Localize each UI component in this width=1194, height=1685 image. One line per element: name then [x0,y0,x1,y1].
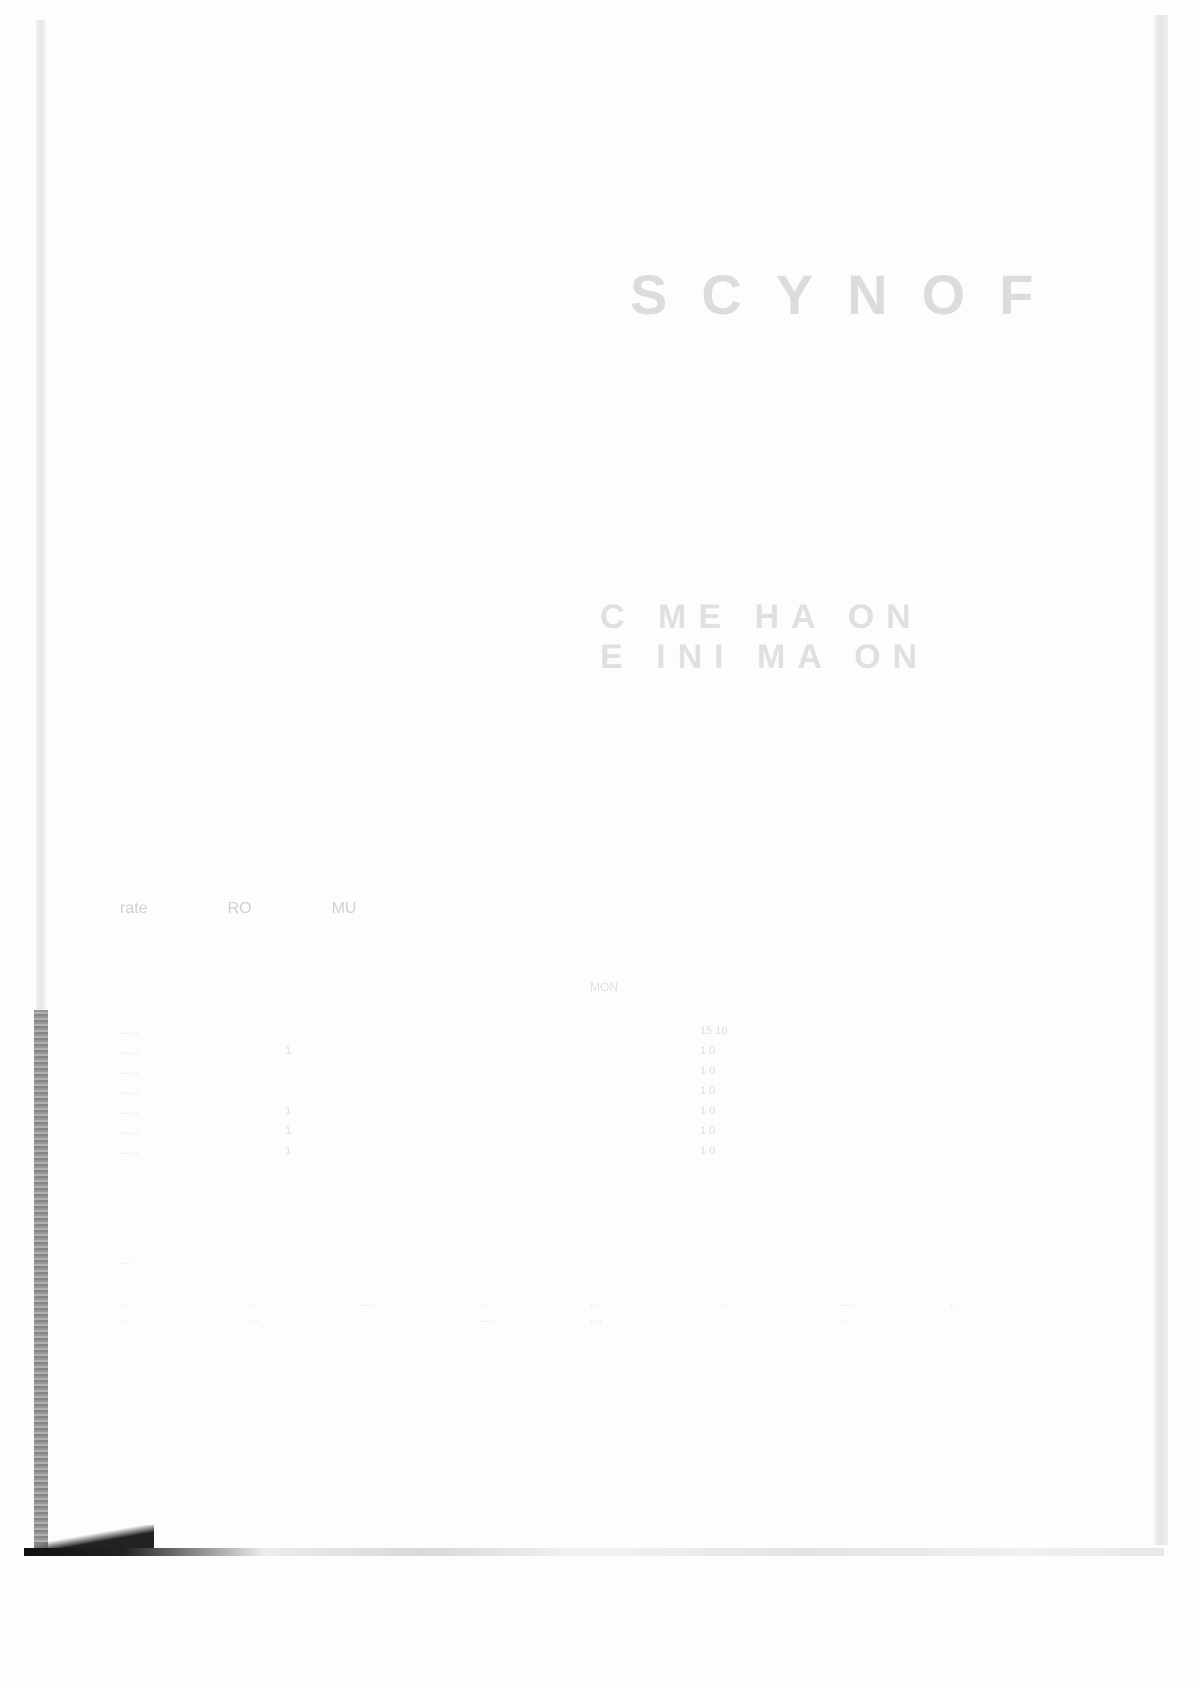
row-value: 1 0 [700,1045,715,1057]
row-col2: 1 [285,1045,291,1057]
row-value: 1 0 [700,1085,715,1097]
footer-cell-top: .. [950,1295,956,1311]
footer-cell-bottom: .... [480,1311,492,1327]
section-heading: rate RO MU [120,900,356,918]
row-col2: 1 [285,1145,291,1157]
footer-cell: .. [950,1295,956,1311]
section-heading-part: RO [228,900,252,918]
table-row: ......11 0 [120,1145,820,1165]
document-title: SCYNOF [630,262,1050,327]
table-row: ......11 0 [120,1105,820,1125]
footer-row: ..................................... [120,1295,1040,1335]
footer-cell: .. [720,1295,726,1311]
document-subtitle-line1: C ME HA ON [600,598,1040,637]
row-col2: 1 [285,1125,291,1137]
footer-label: .... [120,1255,132,1267]
row-label: ...... [120,1085,138,1097]
footer-cell-bottom: .. [840,1311,852,1327]
row-label: ...... [120,1125,138,1137]
footer-cell-top: ... [590,1295,602,1311]
table-header-cell: MON [590,980,618,994]
footer-cell-bottom: ... [250,1311,259,1327]
footer-cell-top: .. [250,1295,259,1311]
footer-cell: .... [120,1295,126,1327]
row-col2: 1 [285,1105,291,1117]
footer-cell-bottom: .. [120,1311,126,1327]
footer-cell-bottom: ..... [360,1295,375,1311]
row-label: ...... [120,1145,138,1157]
row-value: 1 0 [700,1065,715,1077]
scan-edge-right [1154,15,1168,1545]
row-label: ...... [120,1025,138,1037]
table-row: ......1 0 [120,1065,820,1085]
footer-cell: ....... [590,1295,602,1327]
row-label: ...... [120,1105,138,1117]
row-label: ...... [120,1045,138,1057]
row-value: 15 10 [700,1025,728,1037]
row-label: ...... [120,1065,138,1077]
footer-cell: ..... [250,1295,259,1327]
row-value: 1 0 [700,1145,715,1157]
table-row: ......1 0 [120,1085,820,1105]
table-row: ......15 10 [120,1025,820,1045]
footer-cell-bottom: .... [590,1311,602,1327]
section-heading-part: rate [120,900,148,918]
footer-cell: ...... [840,1295,852,1327]
row-value: 1 0 [700,1125,715,1137]
footer-cell-top: .. [120,1295,126,1311]
footer-cell: ...... [480,1295,492,1327]
footer-cell: ..... [360,1295,375,1311]
scan-edge-bottom [24,1548,1164,1556]
table-body: ......15 10......11 0......1 0......1 0.… [120,1025,820,1165]
scan-edge-left-shadow [34,1010,48,1550]
footer-cell-top: .... [840,1295,852,1311]
footer-cell-bottom: .. [720,1295,726,1311]
document-subtitle-line2: E INI MA ON [600,638,1040,677]
table-row: ......11 0 [120,1045,820,1065]
row-value: 1 0 [700,1105,715,1117]
scan-edge-left-faint [36,20,46,1010]
table-row: ......11 0 [120,1125,820,1145]
section-heading-part: MU [332,900,357,918]
footer-cell-top: .. [480,1295,492,1311]
